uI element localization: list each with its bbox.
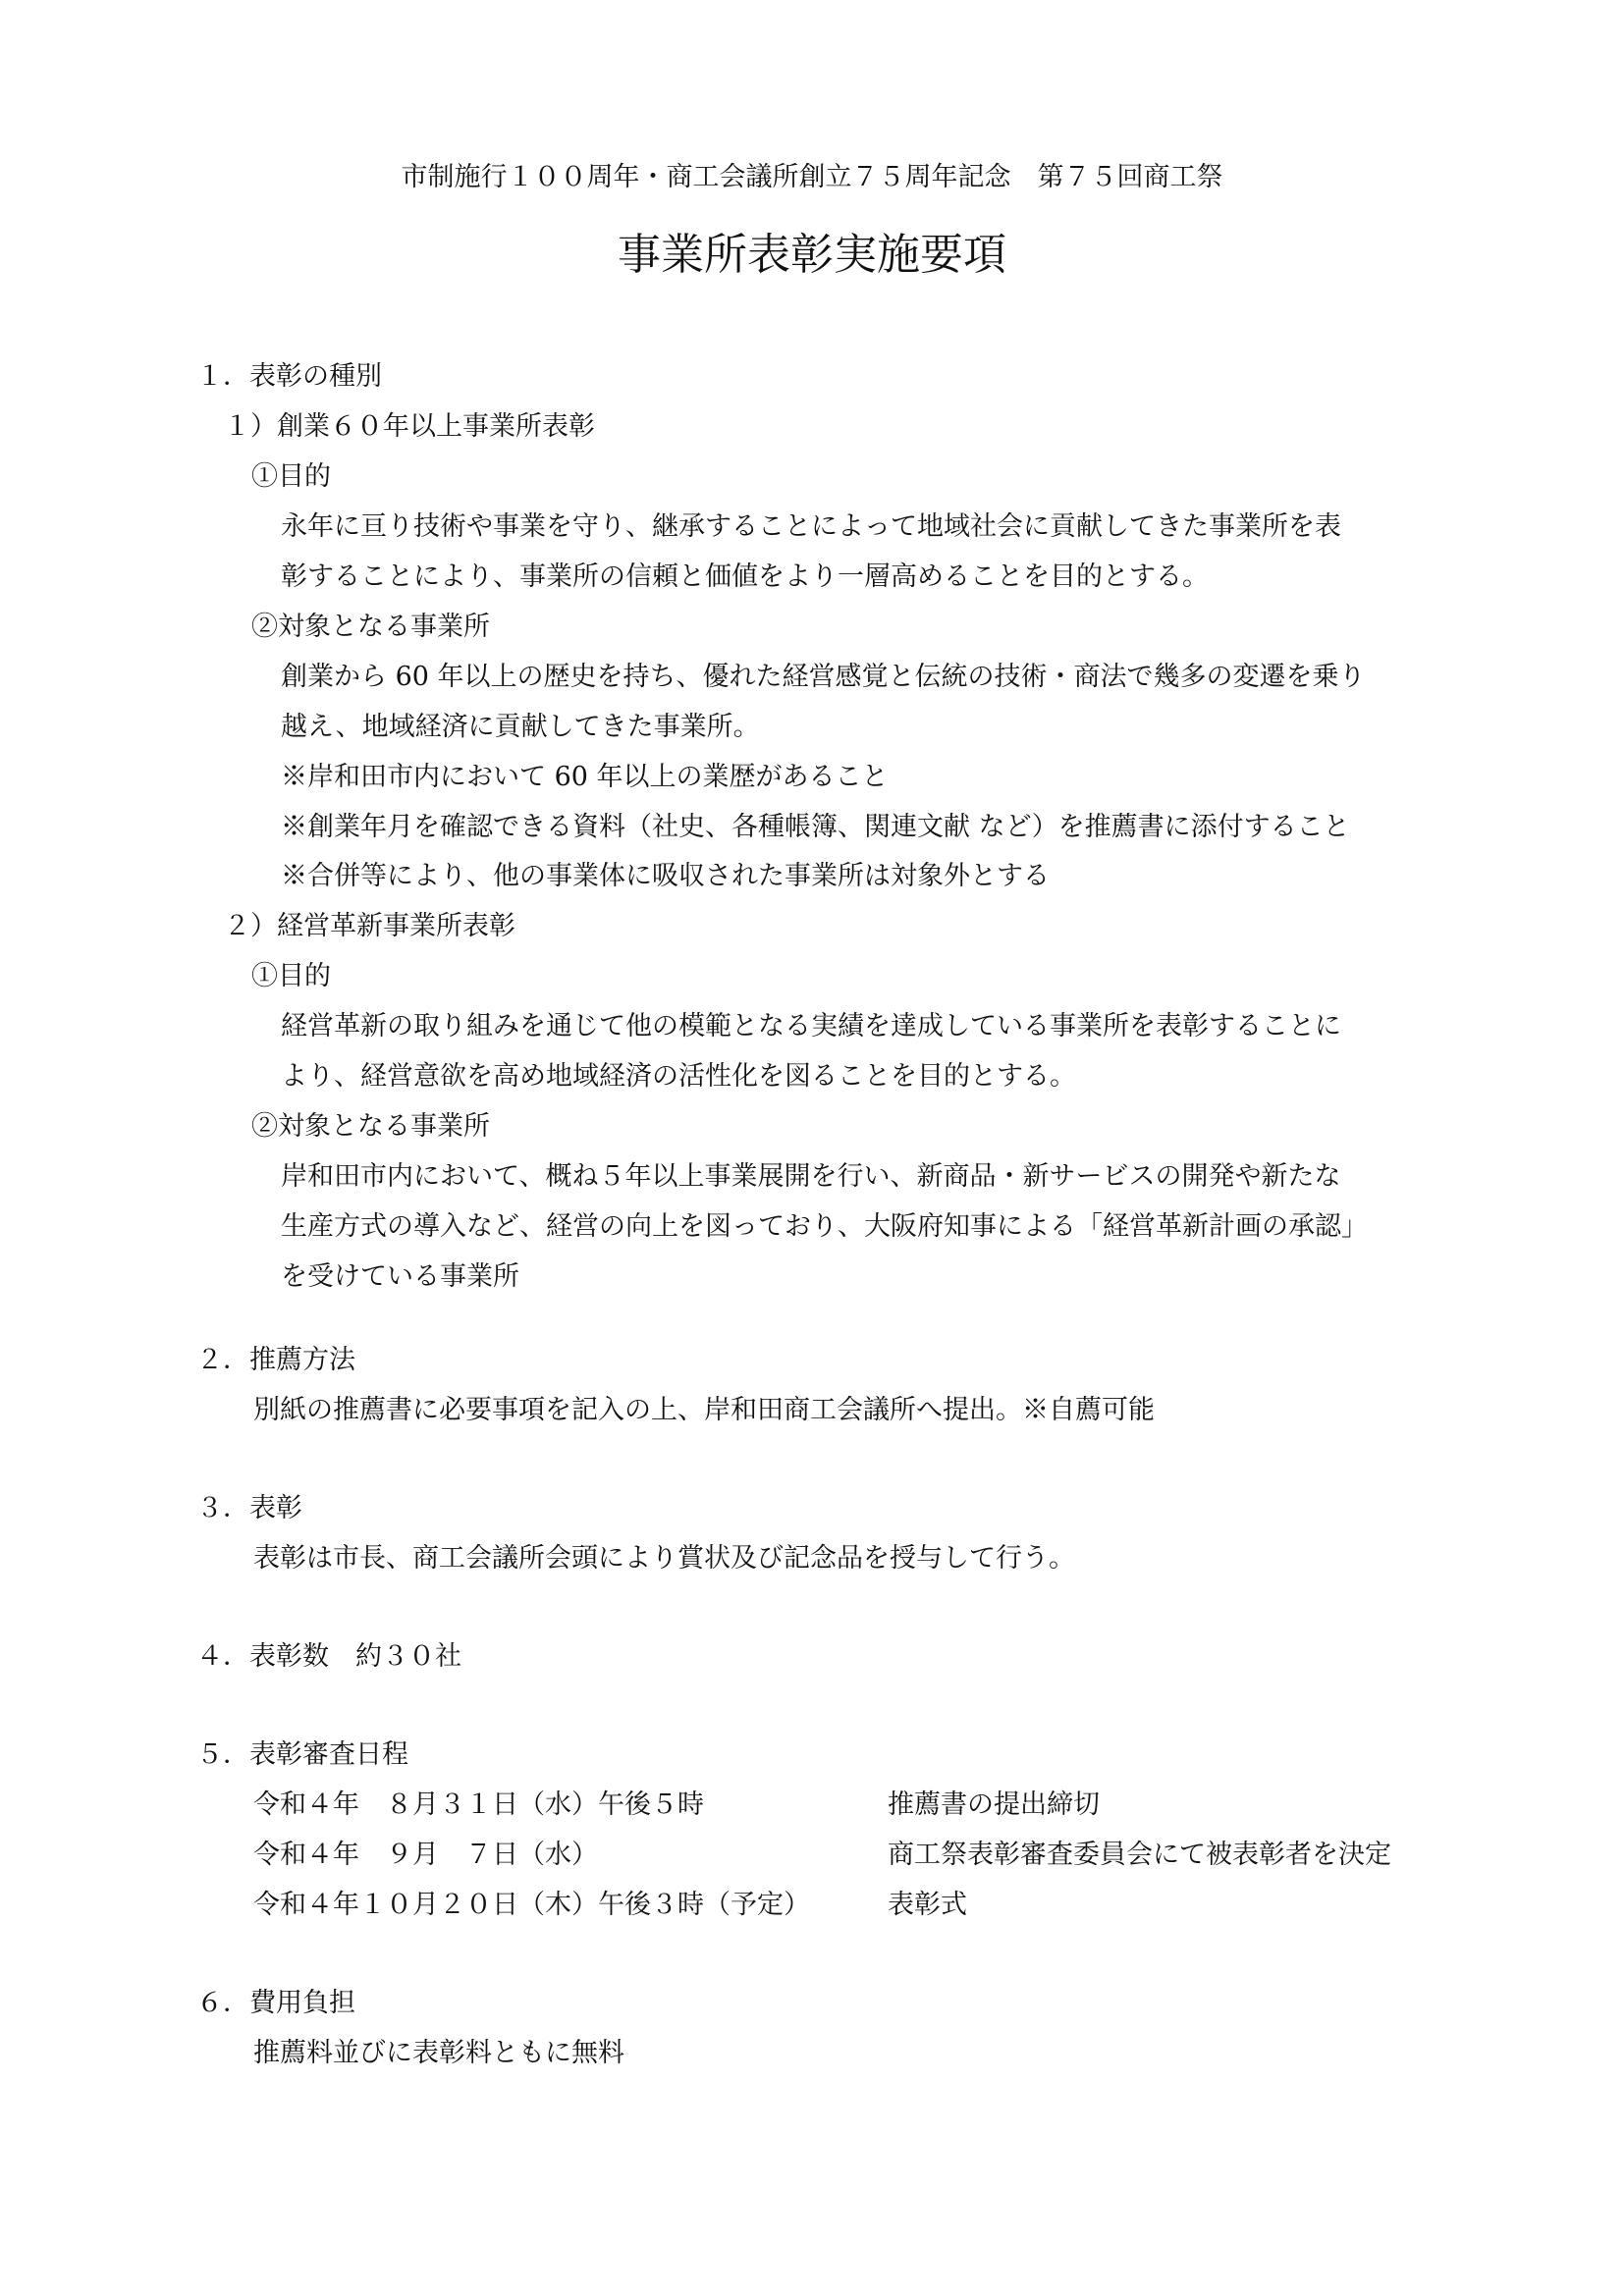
section-3-heading: ３．表彰 — [196, 1492, 302, 1525]
document-subtitle: 市制施行１００周年・商工会議所創立７５周年記念 第７５回商工祭 — [0, 161, 1624, 194]
schedule-date: 令和４年 ９月 ７日（水） — [253, 1839, 598, 1872]
section-1-1-purpose-label: ①目的 — [251, 460, 331, 494]
schedule-event: 表彰式 — [888, 1889, 967, 1922]
section-3-body: 表彰は市長、商工会議所会頭により賞状及び記念品を授与して行う。 — [253, 1542, 1075, 1575]
section-1-2-heading: ２）経営革新事業所表彰 — [224, 910, 515, 943]
section-5-heading: ５．表彰審査日程 — [196, 1738, 408, 1772]
section-1-2-target-label: ②対象となる事業所 — [251, 1110, 490, 1144]
section-1-2-purpose-line: 経営革新の取り組みを通じて他の模範となる実績を達成している事業所を表彰することに — [281, 1010, 1341, 1043]
schedule-date: 令和４年１０月２０日（木）午後３時（予定） — [253, 1889, 810, 1922]
section-2-heading: ２．推薦方法 — [196, 1344, 355, 1377]
schedule-event: 推薦書の提出締切 — [888, 1789, 1100, 1822]
schedule-event: 商工祭表彰審査委員会にて被表彰者を決定 — [888, 1839, 1391, 1872]
section-1-2-purpose-label: ①目的 — [251, 960, 331, 993]
section-1-1-note: ※創業年月を確認できる資料（社史、各種帳簿、関連文献 など）を推薦書に添付するこ… — [281, 811, 1350, 844]
section-1-2-target-line: を受けている事業所 — [281, 1260, 519, 1294]
section-2-body: 別紙の推薦書に必要事項を記入の上、岸和田商工会議所へ提出。※自薦可能 — [253, 1394, 1155, 1427]
section-4-heading: ４．表彰数 約３０社 — [196, 1640, 461, 1674]
section-6-heading: ６．費用負担 — [196, 1987, 355, 2020]
section-1-1-heading: １）創業６０年以上事業所表彰 — [224, 410, 595, 444]
document-title: 事業所表彰実施要項 — [0, 228, 1624, 283]
section-1-2-target-line: 生産方式の導入など、経営の向上を図っており、大阪府知事による「経営革新計画の承認… — [281, 1210, 1368, 1244]
section-1-2-purpose-line: より、経営意欲を高め地域経済の活性化を図ることを目的とする。 — [281, 1060, 1076, 1094]
section-1-1-note: ※合併等により、他の事業体に吸収された事業所は対象外とする — [281, 860, 1050, 893]
section-1-1-target-line: 創業から 60 年以上の歴史を持ち、優れた経営感覚と伝統の技術・商法で幾多の変遷… — [281, 661, 1366, 694]
schedule-date: 令和４年 ８月３１日（水）午後５時 — [253, 1789, 704, 1822]
section-1-1-purpose-line: 彰することにより、事業所の信頼と価値をより一層高めることを目的とする。 — [281, 561, 1209, 594]
section-1-1-purpose-line: 永年に亘り技術や事業を守り、継承することによって地域社会に貢献してきた事業所を表 — [281, 510, 1341, 544]
section-1-1-target-line: 越え、地域経済に貢献してきた事業所。 — [281, 711, 760, 744]
section-6-body: 推薦料並びに表彰料ともに無料 — [253, 2037, 624, 2070]
section-1-1-target-label: ②対象となる事業所 — [251, 611, 490, 644]
section-1-1-note: ※岸和田市内において 60 年以上の業歴があること — [281, 761, 889, 794]
section-1-heading: １．表彰の種別 — [196, 360, 382, 394]
section-1-2-target-line: 岸和田市内において、概ね５年以上事業展開を行い、新商品・新サービスの開発や新たな — [281, 1160, 1340, 1194]
